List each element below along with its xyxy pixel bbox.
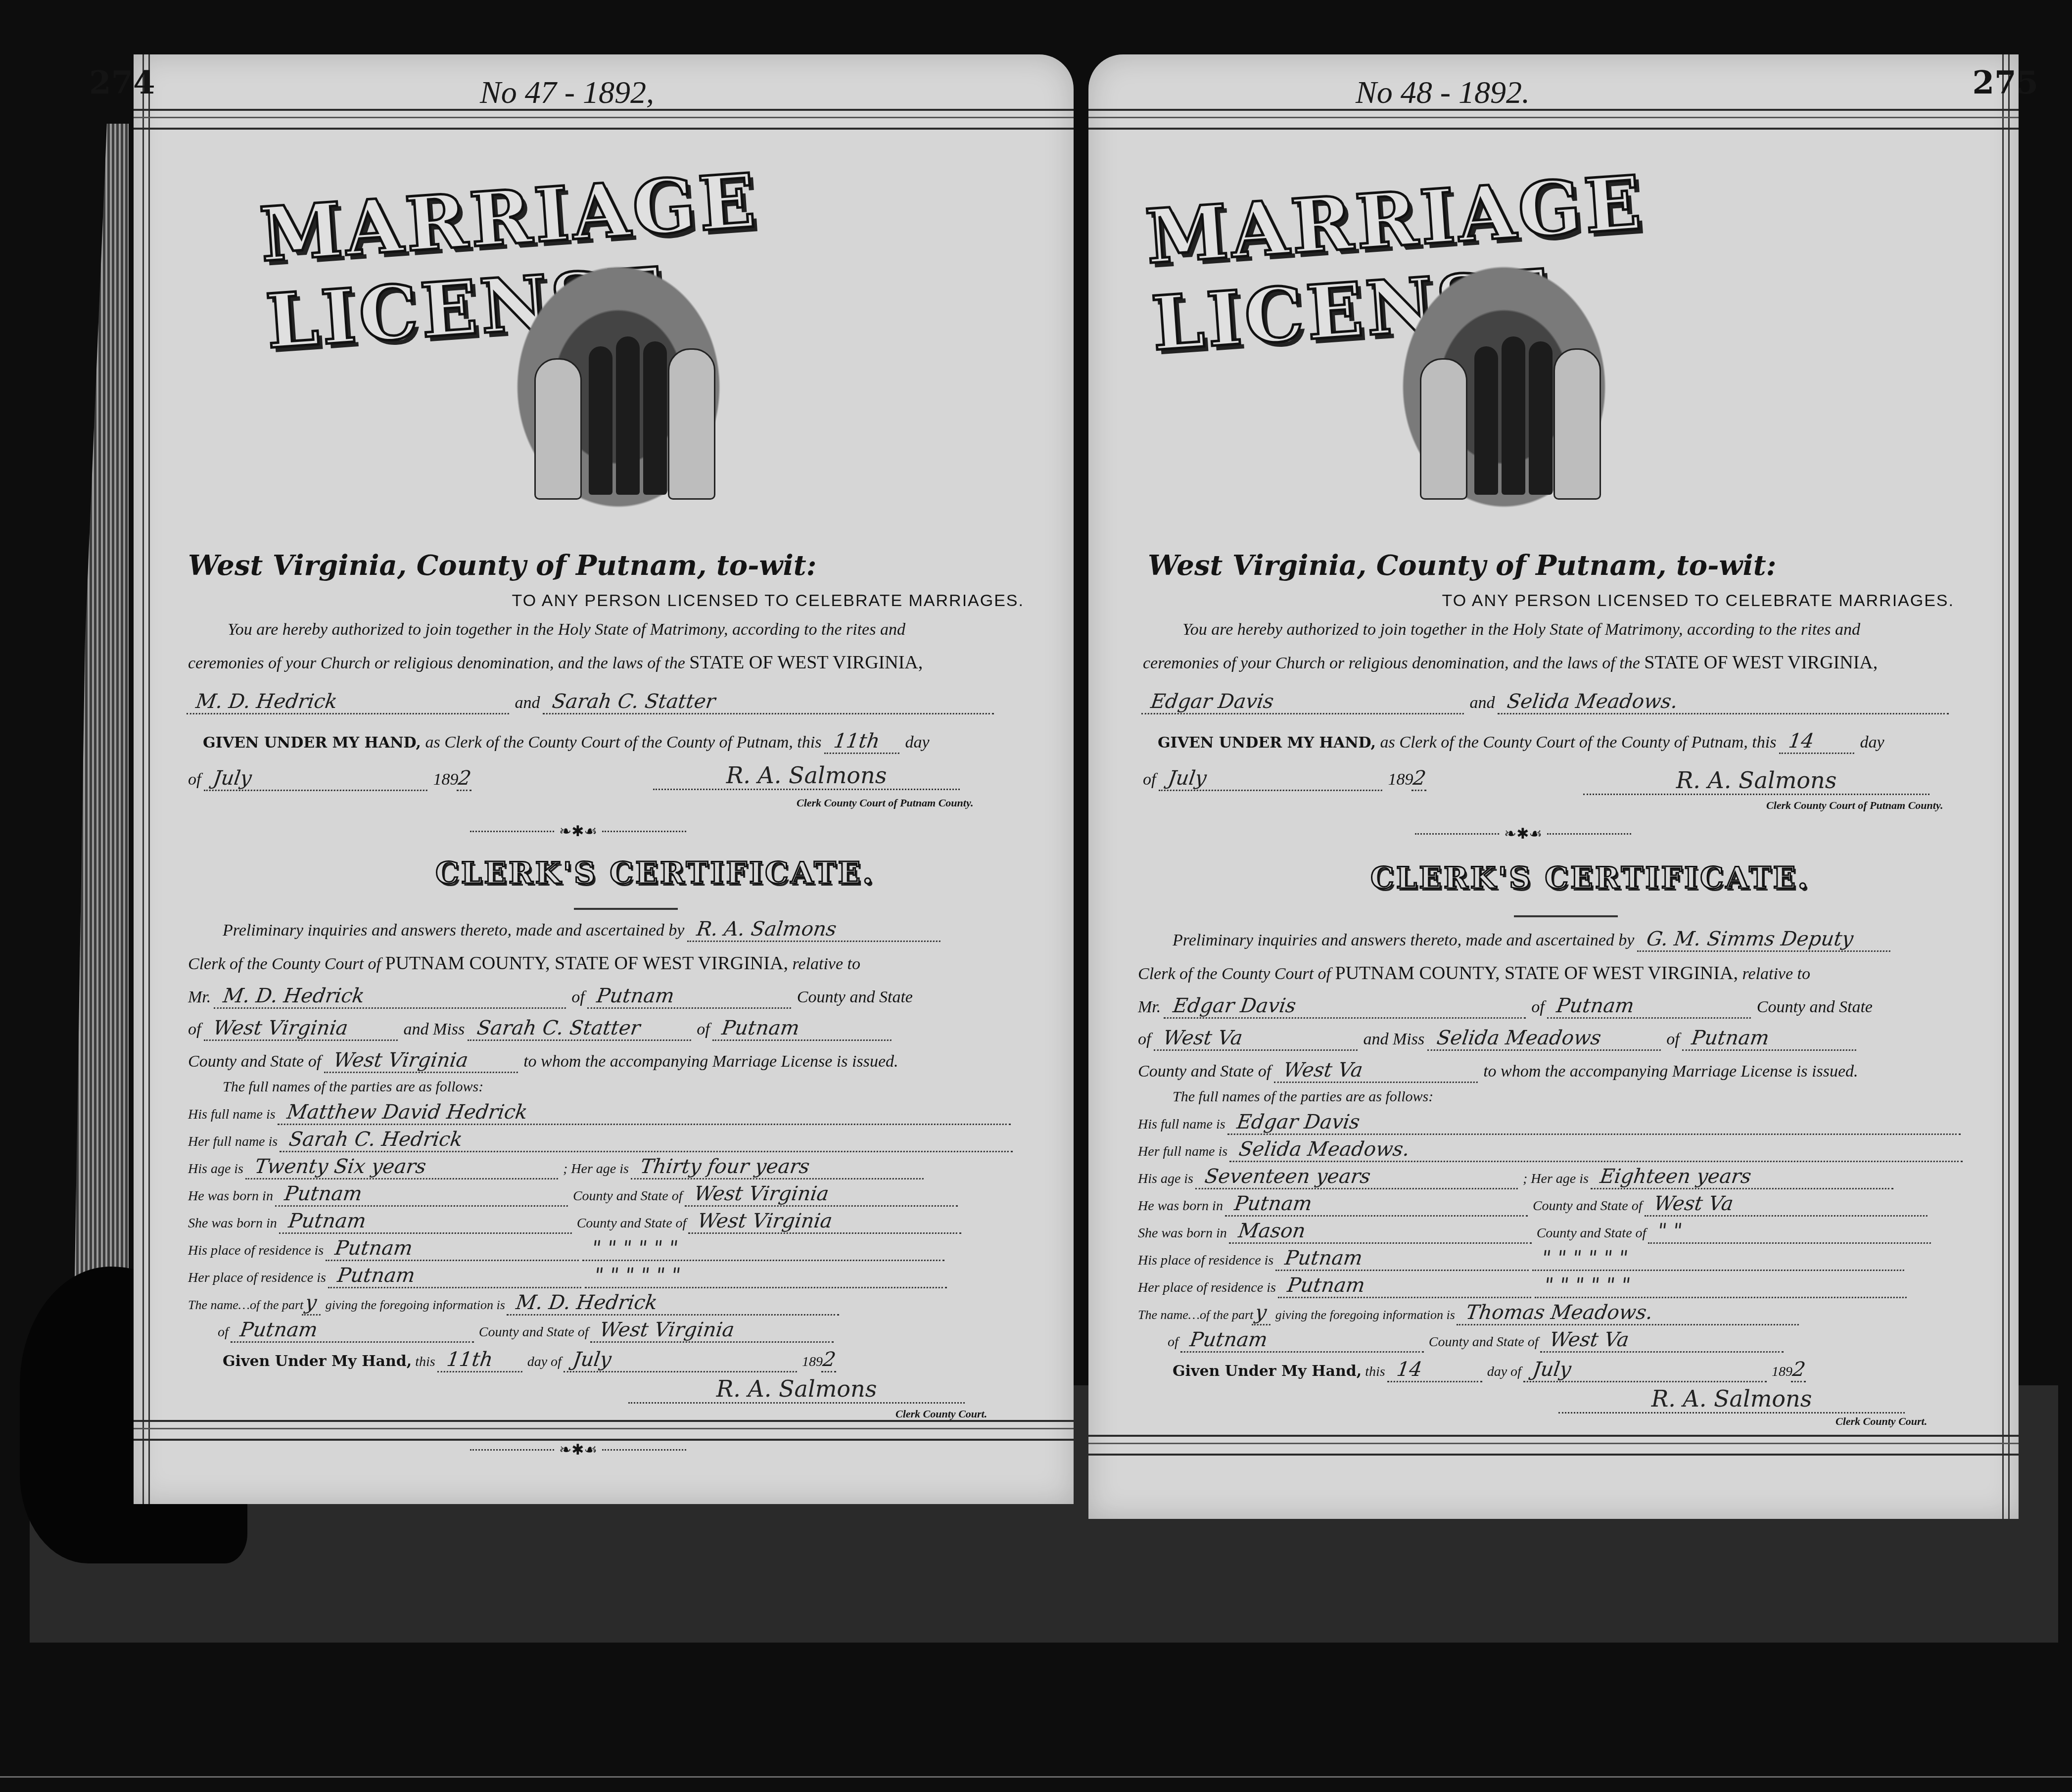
miss-line: of West Va and Miss Selida Meadows of Pu…: [1138, 1027, 1858, 1051]
license-number: No 47 - 1892,: [480, 74, 654, 111]
her-residence-field[interactable]: Putnam: [1277, 1274, 1534, 1298]
right-page: 275 No 48 - 1892. MARRIAGE LICENSE. West…: [1088, 54, 2019, 1519]
license-day-field[interactable]: 11th: [824, 730, 902, 754]
groom-name-field[interactable]: Edgar Davis: [1141, 690, 1467, 714]
authorization-line: ceremonies of your Church or religious d…: [188, 646, 1029, 680]
his-age-field[interactable]: Seventeen years: [1195, 1165, 1521, 1189]
scan-edge-line: [0, 1776, 2072, 1778]
prelim-line: Preliminary inquiries and answers theret…: [1173, 928, 1892, 952]
he-born-state-field[interactable]: West Va: [1644, 1192, 1931, 1217]
party-suffix-field[interactable]: y: [302, 1291, 324, 1316]
miss-state-field[interactable]: West Virginia: [324, 1049, 521, 1073]
she-born-state-field[interactable]: " ": [1648, 1220, 1934, 1244]
license-year-field[interactable]: 2: [1412, 767, 1430, 791]
mr-line: Mr. Edgar Davis of Putnam County and Sta…: [1138, 994, 1873, 1019]
her-age-field[interactable]: Eighteen years: [1591, 1165, 1897, 1189]
authorization-line: You are hereby authorized to join togeth…: [1143, 613, 1984, 646]
mr-name-field[interactable]: Edgar Davis: [1163, 994, 1529, 1019]
informant-location-line: of Putnam County and State of West Va: [1168, 1328, 1785, 1353]
mr-county-field[interactable]: Putnam: [1547, 994, 1754, 1019]
full-names-intro: The full names of the parties are as fol…: [223, 1079, 483, 1095]
his-age-field[interactable]: Twenty Six years: [245, 1155, 562, 1179]
he-born-county-field[interactable]: Putnam: [1224, 1192, 1531, 1217]
page-number: 275: [1972, 64, 2038, 101]
ages-line: His age is Twenty Six years ; Her age is…: [188, 1155, 925, 1179]
authorization-line: ceremonies of your Church or religious d…: [1143, 646, 1984, 680]
his-full-name-field[interactable]: Matthew David Hedrick: [277, 1101, 1014, 1125]
his-residence-line: His place of residence is Putnam " " " "…: [1138, 1247, 1906, 1271]
cert-day-field[interactable]: 14: [1387, 1358, 1485, 1382]
groom-name-field[interactable]: M. D. Hedrick: [187, 690, 513, 714]
his-full-name-field[interactable]: Edgar Davis: [1227, 1111, 1964, 1135]
cert-month-field[interactable]: July: [563, 1348, 800, 1372]
he-born-line: He was born in Putnam County and State o…: [188, 1182, 959, 1207]
divider-ornament: ❧✱☙: [470, 1442, 686, 1457]
informant-line: The name…of the party giving the foregoi…: [1138, 1301, 1800, 1325]
she-born-line: She was born in Mason County and State o…: [1138, 1220, 1932, 1244]
informant-state-field[interactable]: West Va: [1540, 1328, 1787, 1353]
clerk-of-line: Clerk of the County Court of PUTNAM COUN…: [188, 952, 860, 974]
her-age-field[interactable]: Thirty four years: [631, 1155, 927, 1179]
license-parties-line: M. D. Hedrick and Sarah C. Statter: [188, 690, 995, 714]
she-born-line: She was born in Putnam County and State …: [188, 1210, 963, 1234]
she-born-state-field[interactable]: West Virginia: [688, 1210, 965, 1234]
his-residence-line: His place of residence is Putnam " " " "…: [188, 1237, 946, 1261]
wedding-scene-illustration: [1375, 262, 1633, 539]
footer-rules: [134, 1420, 1074, 1441]
prelim-line: Preliminary inquiries and answers theret…: [223, 918, 942, 942]
her-residence-ditto[interactable]: " " " " " ": [584, 1264, 950, 1288]
she-born-county-field[interactable]: Mason: [1228, 1220, 1535, 1244]
she-born-county-field[interactable]: Putnam: [279, 1210, 575, 1234]
header-rules: [134, 109, 1074, 130]
clerk-court-caption: Clerk County Court.: [1836, 1415, 1927, 1428]
her-full-name-field[interactable]: Selida Meadows.: [1229, 1138, 1966, 1162]
divider-ornament: ❧✱☙: [470, 824, 686, 839]
clerk-court-caption: Clerk County Court.: [895, 1408, 987, 1420]
mr-county-field[interactable]: Putnam: [587, 985, 795, 1009]
he-born-line: He was born in Putnam County and State o…: [1138, 1192, 1929, 1217]
miss-name-field[interactable]: Selida Meadows: [1427, 1027, 1664, 1051]
his-residence-ditto[interactable]: " " " " " ": [1532, 1247, 1908, 1271]
license-year-field[interactable]: 2: [457, 767, 475, 791]
her-full-name-field[interactable]: Sarah C. Hedrick: [280, 1128, 1016, 1152]
miss-state-field[interactable]: West Va: [1273, 1059, 1481, 1083]
miss-name-field[interactable]: Sarah C. Statter: [467, 1017, 694, 1041]
addressee-line: TO ANY PERSON LICENSED TO CELEBRATE MARR…: [1442, 591, 1954, 611]
margin-rule: [142, 54, 144, 1504]
mr-name-field[interactable]: M. D. Hedrick: [213, 985, 569, 1009]
her-residence-field[interactable]: Putnam: [328, 1264, 584, 1288]
authorization-line: You are hereby authorized to join togeth…: [188, 613, 1029, 646]
license-month-field[interactable]: July: [1159, 767, 1386, 791]
divider-ornament: ❧✱☙: [1415, 826, 1631, 841]
informant-state-field[interactable]: West Virginia: [590, 1319, 837, 1343]
cert-day-field[interactable]: 11th: [437, 1348, 525, 1372]
miss-state-line: County and State of West Virginia to who…: [188, 1049, 898, 1073]
clerk-caption: Clerk County Court of Putnam County.: [797, 797, 973, 809]
clerks-certificate-title: CLERK'S CERTIFICATE.: [1370, 861, 1810, 896]
given-under-hand-line: GIVEN UNDER MY HAND, as Clerk of the Cou…: [1158, 730, 1884, 754]
book-page-edges: [74, 124, 129, 1410]
clerk-signature: R. A. Salmons: [653, 762, 960, 790]
wedding-scene-illustration: [490, 262, 747, 539]
mr-state-field[interactable]: West Va: [1154, 1027, 1361, 1051]
clerk-signature: R. A. Salmons: [1583, 767, 1930, 795]
clerks-certificate-title: CLERK'S CERTIFICATE.: [435, 856, 875, 891]
authorization-text: You are hereby authorized to join togeth…: [188, 613, 1029, 680]
clerk-of-line: Clerk of the County Court of PUTNAM COUN…: [1138, 962, 1810, 984]
cert-clerk-signature: R. A. Salmons: [628, 1375, 965, 1404]
license-parties-line: Edgar Davis and Selida Meadows.: [1143, 690, 1950, 714]
informant-line: The name…of the party giving the foregoi…: [188, 1291, 841, 1316]
mr-state-field[interactable]: West Virginia: [204, 1017, 401, 1041]
party-suffix-field[interactable]: y: [1252, 1301, 1274, 1325]
bride-name-field[interactable]: Sarah C. Statter: [543, 690, 997, 714]
section-rule: [1514, 915, 1618, 917]
cert-date-line: Given Under My Hand, this 14 day of July…: [1173, 1358, 1807, 1382]
his-full-name-line: His full name is Edgar Davis: [1138, 1111, 1962, 1135]
cert-clerk-signature: R. A. Salmons: [1558, 1385, 1905, 1414]
cert-year-field[interactable]: 2: [1790, 1358, 1809, 1382]
ascertained-by-field[interactable]: G. M. Simms Deputy: [1637, 928, 1893, 952]
ascertained-by-field[interactable]: R. A. Salmons: [687, 918, 943, 942]
informant-county-field[interactable]: Putnam: [1180, 1328, 1427, 1353]
jurisdiction-heading: West Virginia, County of Putnam, to-wit:: [188, 549, 816, 582]
informant-county-field[interactable]: Putnam: [230, 1319, 477, 1343]
her-full-name-line: Her full name is Selida Meadows.: [1138, 1138, 1964, 1162]
bride-name-field[interactable]: Selida Meadows.: [1498, 690, 1952, 714]
footer-rules: [1088, 1435, 2019, 1456]
her-residence-line: Her place of residence is Putnam " " " "…: [188, 1264, 948, 1288]
addressee-line: TO ANY PERSON LICENSED TO CELEBRATE MARR…: [512, 591, 1024, 611]
left-page: 274 No 47 - 1892, MARRIAGE LICENSE. West…: [134, 54, 1074, 1504]
his-residence-ditto[interactable]: " " " " " ": [582, 1237, 948, 1261]
cert-month-field[interactable]: July: [1523, 1358, 1770, 1382]
license-month-year-line: of July 1892: [1143, 767, 1428, 791]
jurisdiction-heading: West Virginia, County of Putnam, to-wit:: [1148, 549, 1776, 582]
miss-line: of West Virginia and Miss Sarah C. Statt…: [188, 1017, 893, 1041]
her-residence-ditto[interactable]: " " " " " ": [1534, 1274, 1910, 1298]
he-born-state-field[interactable]: West Virginia: [684, 1182, 961, 1207]
his-residence-field[interactable]: Putnam: [326, 1237, 582, 1261]
informant-field[interactable]: M. D. Hedrick: [507, 1291, 843, 1316]
license-number: No 48 - 1892.: [1356, 74, 1530, 111]
her-full-name-line: Her full name is Sarah C. Hedrick: [188, 1128, 1014, 1152]
cert-year-field[interactable]: 2: [821, 1348, 839, 1372]
full-names-intro: The full names of the parties are as fol…: [1173, 1088, 1433, 1105]
miss-state-line: County and State of West Va to whom the …: [1138, 1059, 1858, 1083]
cert-date-line: Given Under My Hand, this 11th day of Ju…: [223, 1348, 838, 1372]
mr-line: Mr. M. D. Hedrick of Putnam County and S…: [188, 985, 913, 1009]
his-residence-field[interactable]: Putnam: [1275, 1247, 1532, 1271]
authorization-text: You are hereby authorized to join togeth…: [1143, 613, 1984, 680]
license-month-year-line: of July 1892: [188, 767, 473, 791]
her-residence-line: Her place of residence is Putnam " " " "…: [1138, 1274, 1908, 1298]
page-number: 274: [89, 64, 155, 101]
license-month-field[interactable]: July: [204, 767, 431, 791]
given-under-hand-line: GIVEN UNDER MY HAND, as Clerk of the Cou…: [203, 730, 929, 754]
his-full-name-line: His full name is Matthew David Hedrick: [188, 1101, 1012, 1125]
margin-rule: [148, 54, 150, 1504]
miss-county-field[interactable]: Putnam: [712, 1017, 895, 1041]
informant-location-line: of Putnam County and State of West Virgi…: [218, 1319, 835, 1343]
header-rules: [1088, 109, 2019, 130]
clerk-caption: Clerk County Court of Putnam County.: [1766, 799, 1943, 812]
he-born-county-field[interactable]: Putnam: [275, 1182, 571, 1207]
ages-line: His age is Seventeen years ; Her age is …: [1138, 1165, 1895, 1189]
miss-county-field[interactable]: Putnam: [1682, 1027, 1860, 1051]
section-rule: [574, 908, 678, 910]
informant-field[interactable]: Thomas Meadows.: [1457, 1301, 1802, 1325]
license-day-field[interactable]: 14: [1779, 730, 1857, 754]
